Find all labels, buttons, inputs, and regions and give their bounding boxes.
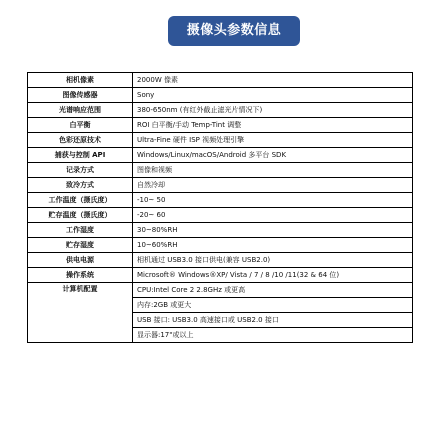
spec-value: -10~ 50 [133, 193, 413, 208]
table-row: 计算机配置 CPU:Intel Core 2 2.8GHz 或更高 [28, 283, 413, 298]
page-title-banner: 摄像头参数信息 [168, 16, 300, 46]
spec-value: 10~60%RH [133, 238, 413, 253]
spec-label: 记录方式 [28, 163, 133, 178]
table-row: 供电电源 相机通过 USB3.0 接口供电(兼容 USB2.0) [28, 253, 413, 268]
spec-value: 相机通过 USB3.0 接口供电(兼容 USB2.0) [133, 253, 413, 268]
spec-label: 捕获与控制 API [28, 148, 133, 163]
spec-value: 自然冷却 [133, 178, 413, 193]
spec-label: 工作温度（摄氏度） [28, 193, 133, 208]
table-row: 光谱响应范围 380-650nm (有红外截止滤光片情况下) [28, 103, 413, 118]
spec-label: 光谱响应范围 [28, 103, 133, 118]
spec-label: 工作湿度 [28, 223, 133, 238]
spec-label: 相机像素 [28, 73, 133, 88]
spec-value: Windows/Linux/macOS/Android 多平台 SDK [133, 148, 413, 163]
computer-config-cpu: CPU:Intel Core 2 2.8GHz 或更高 [133, 283, 413, 298]
spec-value: 380-650nm (有红外截止滤光片情况下) [133, 103, 413, 118]
table-row: 白平衡 ROI 白平衡/手动 Temp-Tint 调整 [28, 118, 413, 133]
spec-label: 供电电源 [28, 253, 133, 268]
spec-label: 贮存湿度 [28, 238, 133, 253]
table-row: 贮存湿度 10~60%RH [28, 238, 413, 253]
spec-value: ROI 白平衡/手动 Temp-Tint 调整 [133, 118, 413, 133]
spec-value: 2000W 像素 [133, 73, 413, 88]
table-row: 色彩还原技术 Ultra-Fine 硬件 ISP 视频处理引擎 [28, 133, 413, 148]
table-row: 工作温度（摄氏度） -10~ 50 [28, 193, 413, 208]
table-row: 相机像素 2000W 像素 [28, 73, 413, 88]
spec-value: Microsoft® Windows®XP/ Vista / 7 / 8 /10… [133, 268, 413, 283]
spec-label: 操作系统 [28, 268, 133, 283]
table-row: 捕获与控制 API Windows/Linux/macOS/Android 多平… [28, 148, 413, 163]
table-row: 工作湿度 30~80%RH [28, 223, 413, 238]
spec-value: 30~80%RH [133, 223, 413, 238]
table-row: 操作系统 Microsoft® Windows®XP/ Vista / 7 / … [28, 268, 413, 283]
computer-config-label: 计算机配置 [28, 283, 133, 343]
spec-label: 贮存温度（摄氏度） [28, 208, 133, 223]
computer-config-usb: USB 接口: USB3.0 高速接口或 USB2.0 接口 [133, 313, 413, 328]
spec-value: -20~ 60 [133, 208, 413, 223]
spec-label: 白平衡 [28, 118, 133, 133]
spec-label: 图像传感器 [28, 88, 133, 103]
table-row: 图像传感器 Sony [28, 88, 413, 103]
table-row: 贮存温度（摄氏度） -20~ 60 [28, 208, 413, 223]
spec-value: Ultra-Fine 硬件 ISP 视频处理引擎 [133, 133, 413, 148]
spec-table: 相机像素 2000W 像素 图像传感器 Sony 光谱响应范围 380-650n… [27, 72, 413, 343]
spec-label: 色彩还原技术 [28, 133, 133, 148]
spec-label: 致冷方式 [28, 178, 133, 193]
spec-value: 图像和视频 [133, 163, 413, 178]
computer-config-memory: 内存:2GB 或更大 [133, 298, 413, 313]
spec-value: Sony [133, 88, 413, 103]
computer-config-display: 显示器:17"或以上 [133, 328, 413, 343]
table-row: 致冷方式 自然冷却 [28, 178, 413, 193]
table-row: 记录方式 图像和视频 [28, 163, 413, 178]
